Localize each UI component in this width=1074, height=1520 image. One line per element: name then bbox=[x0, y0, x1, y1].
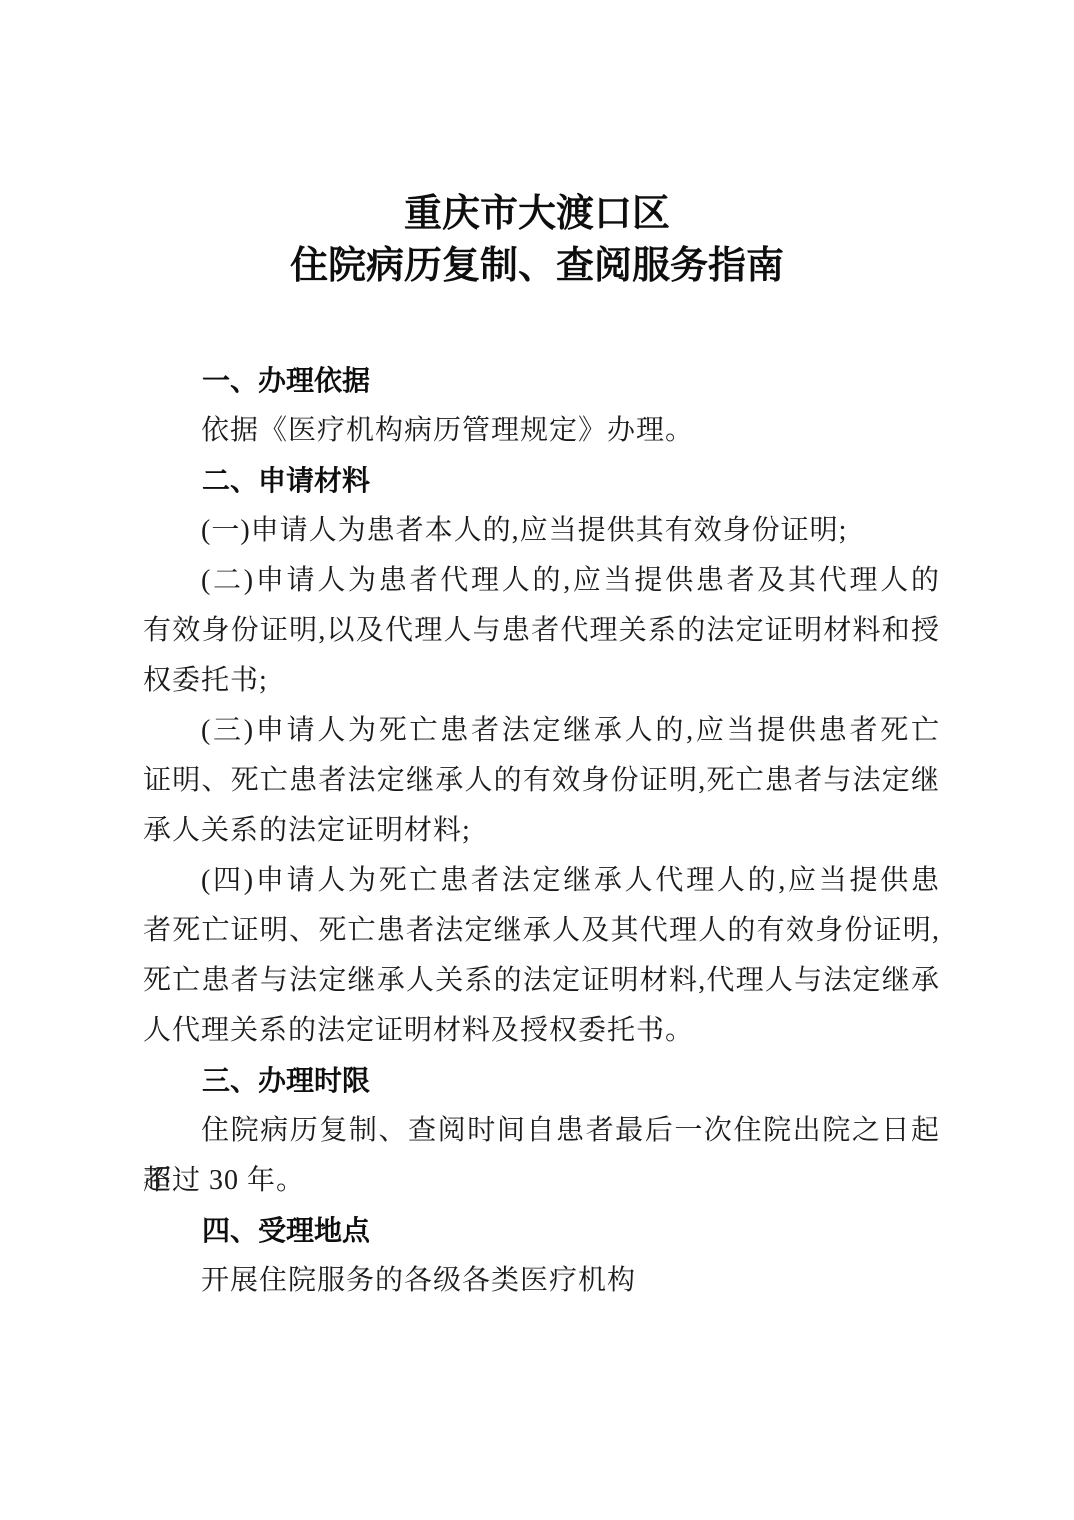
document-title-line-2: 住院病历复制、查阅服务指南 bbox=[0, 240, 1074, 292]
paragraph-line: 依据《医疗机构病历管理规定》办理。 bbox=[143, 406, 940, 456]
paragraph-line: 人代理关系的法定证明材料及授权委托书。 bbox=[143, 1006, 940, 1056]
document-title: 重庆市大渡口区 住院病历复制、查阅服务指南 bbox=[0, 188, 1074, 292]
paragraph-line: 承人关系的法定证明材料; bbox=[143, 806, 940, 856]
document-page: 重庆市大渡口区 住院病历复制、查阅服务指南 一、办理依据依据《医疗机构病历管理规… bbox=[0, 0, 1074, 1520]
section-heading: 一、办理依据 bbox=[143, 356, 940, 406]
paragraph-line: 者死亡证明、死亡患者法定继承人及其代理人的有效身份证明, bbox=[143, 906, 940, 956]
paragraph-line: (三)申请人为死亡患者法定继承人的,应当提供患者死亡 bbox=[143, 706, 940, 756]
paragraph-line: 权委托书; bbox=[143, 656, 940, 706]
document-body: 一、办理依据依据《医疗机构病历管理规定》办理。二、申请材料(一)申请人为患者本人… bbox=[143, 356, 940, 1306]
paragraph-line: 死亡患者与法定继承人关系的法定证明材料,代理人与法定继承 bbox=[143, 956, 940, 1006]
paragraph-line: 开展住院服务的各级各类医疗机构 bbox=[143, 1256, 940, 1306]
paragraph-line: 有效身份证明,以及代理人与患者代理关系的法定证明材料和授 bbox=[143, 606, 940, 656]
paragraph-line: 超过 30 年。 bbox=[143, 1156, 940, 1206]
paragraph-line: 证明、死亡患者法定继承人的有效身份证明,死亡患者与法定继 bbox=[143, 756, 940, 806]
paragraph-line: (二)申请人为患者代理人的,应当提供患者及其代理人的 bbox=[143, 556, 940, 606]
paragraph-line: 住院病历复制、查阅时间自患者最后一次住院出院之日起不 bbox=[143, 1106, 940, 1156]
paragraph-line: (四)申请人为死亡患者法定继承人代理人的,应当提供患 bbox=[143, 856, 940, 906]
section-heading: 三、办理时限 bbox=[143, 1056, 940, 1106]
document-title-line-1: 重庆市大渡口区 bbox=[0, 188, 1074, 240]
section-heading: 二、申请材料 bbox=[143, 456, 940, 506]
paragraph-line: (一)申请人为患者本人的,应当提供其有效身份证明; bbox=[143, 506, 940, 556]
section-heading: 四、受理地点 bbox=[143, 1206, 940, 1256]
